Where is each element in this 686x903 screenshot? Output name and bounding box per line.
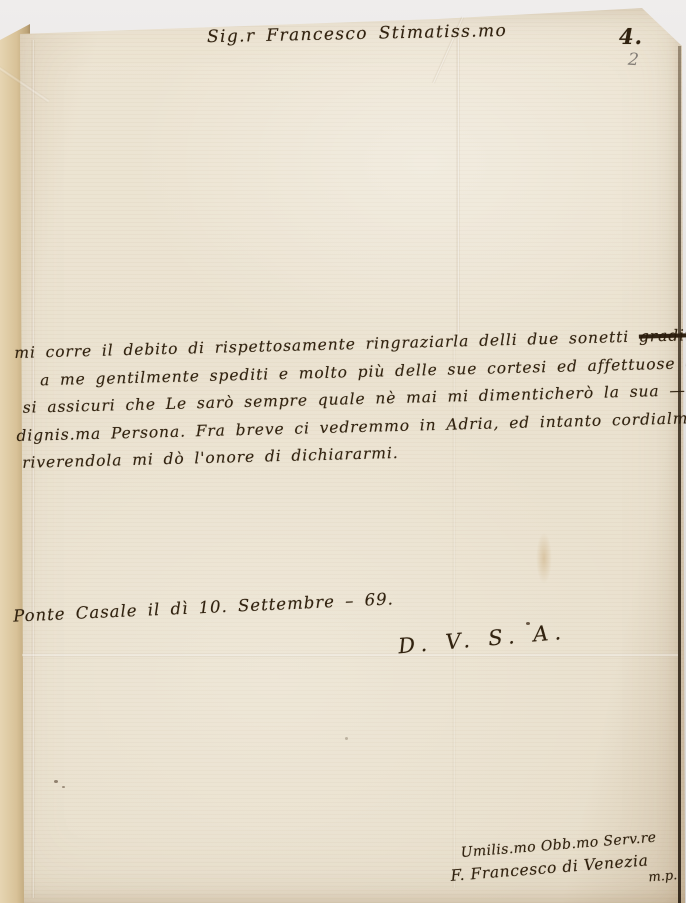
fold-line-horizontal [22, 653, 678, 657]
letter-scan: Sig.r Francesco Stimatiss.mo 4. 2 mi cor… [0, 0, 686, 903]
ink-speck [345, 737, 348, 740]
ink-speck [62, 786, 65, 788]
stain [536, 532, 552, 584]
ink-speck [54, 780, 58, 783]
letter-body: mi corre il debito di rispettosamente ri… [14, 323, 681, 478]
folio-number: 4. [619, 24, 643, 49]
page-edge-shadow [678, 46, 681, 903]
fold-line-vertical-upper [456, 28, 460, 333]
pencil-foliation: 2 [627, 50, 639, 71]
